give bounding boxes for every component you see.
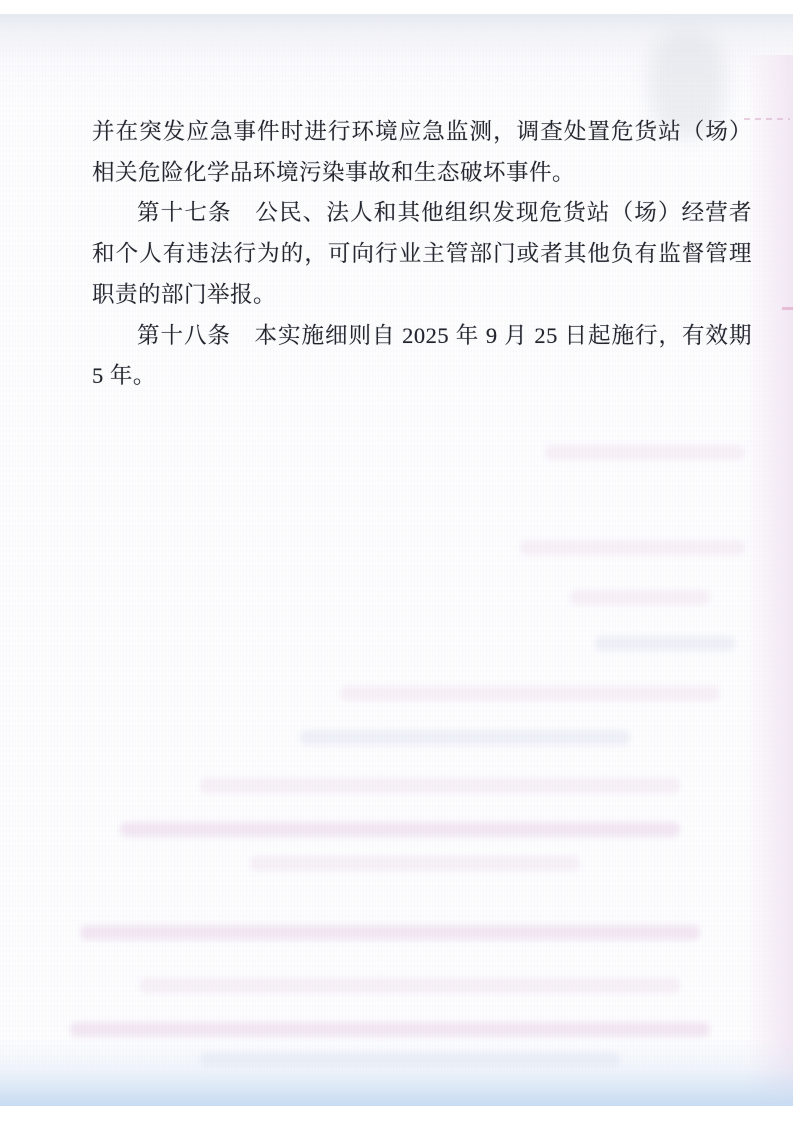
scan-bottom-band: [0, 1040, 793, 1106]
scan-artifact-dash: [782, 307, 793, 310]
document-line: 和个人有违法行为的，可向行业主管部门或者其他负有监督管理: [92, 234, 752, 275]
bleed-through-mark: [570, 590, 710, 605]
scan-right-edge-tint: [745, 55, 793, 1105]
document-line: 第十七条 公民、法人和其他组织发现危货站（场）经营者: [92, 193, 752, 234]
scanned-document-page: 并在突发应急事件时进行环境应急监测，调查处置危货站（场）相关危险化学品环境污染事…: [0, 0, 793, 1122]
bleed-through-mark: [595, 636, 735, 651]
scan-bottom-margin: [0, 1106, 793, 1122]
scan-top-margin: [0, 0, 793, 14]
bleed-through-mark: [300, 730, 630, 745]
document-line: 第十八条 本实施细则自 2025 年 9 月 25 日起施行，有效期: [92, 316, 752, 357]
bleed-through-mark: [340, 686, 720, 701]
document-line: 5 年。: [92, 356, 752, 397]
bleed-through-mark: [545, 445, 745, 460]
bleed-through-mark: [140, 978, 680, 993]
bleed-through-mark: [200, 778, 680, 793]
bleed-through-mark: [250, 856, 580, 871]
document-line: 并在突发应急事件时进行环境应急监测，调查处置危货站（场）: [92, 112, 752, 153]
bleed-through-mark: [520, 540, 745, 555]
bleed-through-mark: [80, 925, 700, 940]
document-line: 相关危险化学品环境污染事故和生态破坏事件。: [92, 153, 752, 194]
document-text-block: 并在突发应急事件时进行环境应急监测，调查处置危货站（场）相关危险化学品环境污染事…: [92, 112, 752, 397]
bleed-through-mark: [120, 822, 680, 837]
document-line: 职责的部门举报。: [92, 275, 752, 316]
bleed-through-mark: [70, 1022, 710, 1037]
